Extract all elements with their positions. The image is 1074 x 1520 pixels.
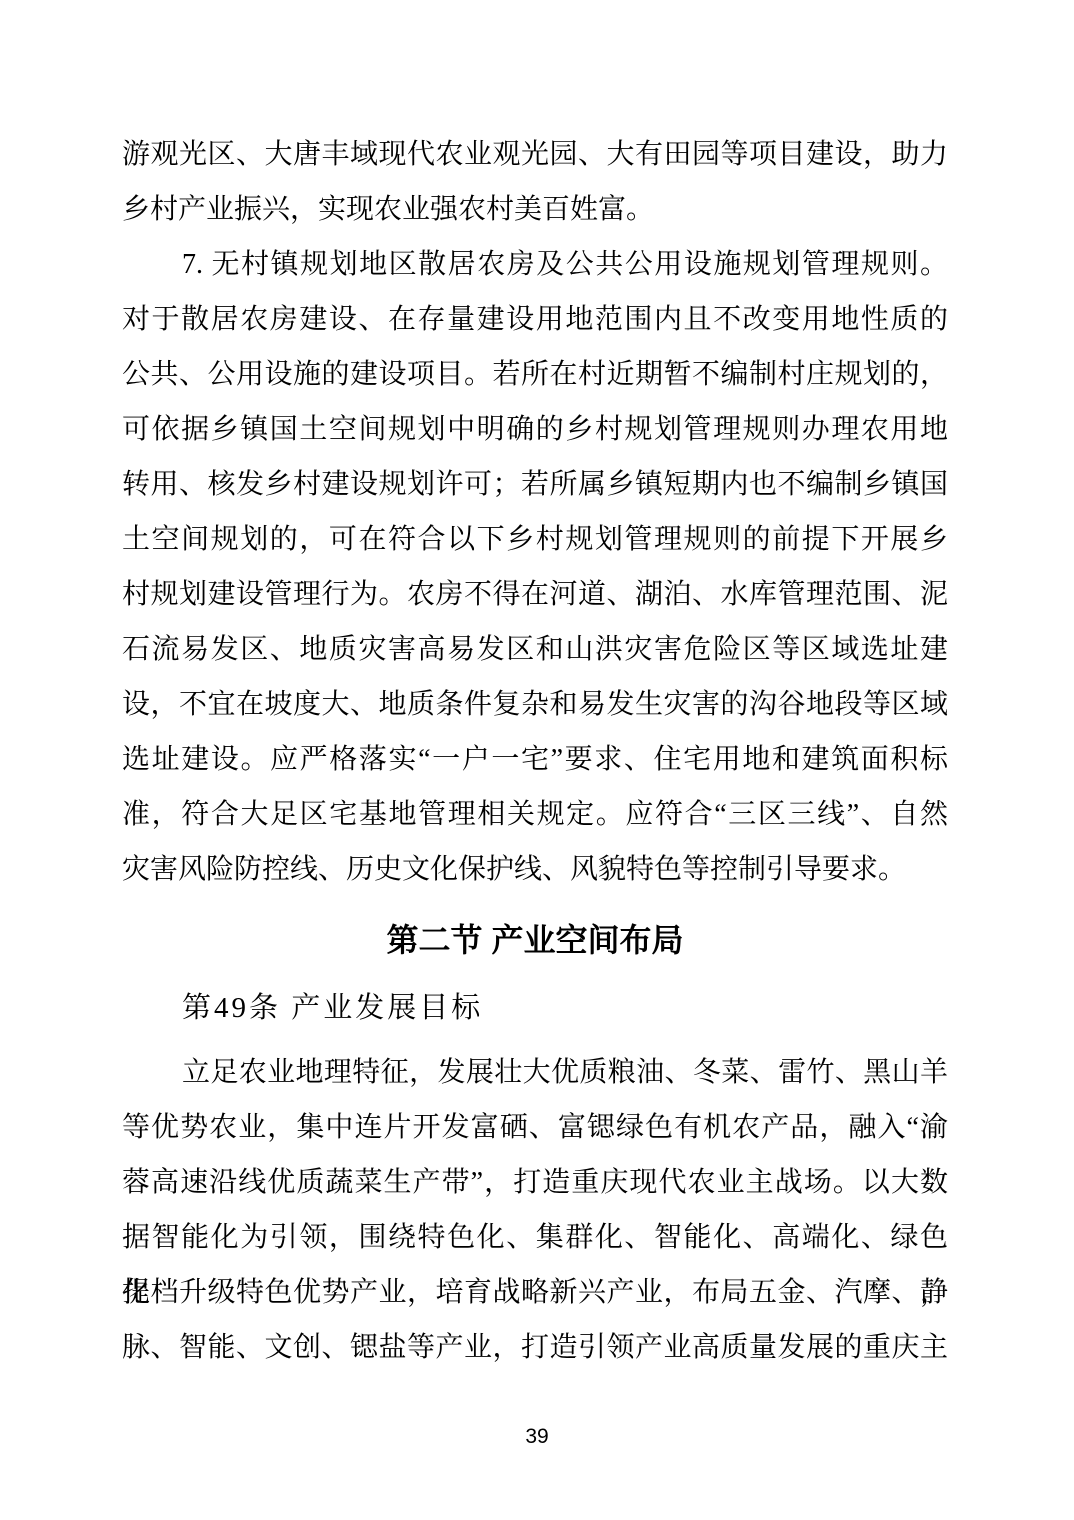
body-line: 7. 无村镇规划地区散居农房及公共公用设施规划管理规则。 bbox=[122, 237, 948, 292]
body-line: 石流易发区、地质灾害高易发区和山洪灾害危险区等区域选址建 bbox=[122, 622, 948, 677]
body-line: 灾害风险防控线、历史文化保护线、风貌特色等控制引导要求。 bbox=[122, 842, 948, 897]
body-line: 对于散居农房建设、在存量建设用地范围内且不改变用地性质的 bbox=[122, 292, 948, 347]
body-line: 可依据乡镇国土空间规划中明确的乡村规划管理规则办理农用地 bbox=[122, 402, 948, 457]
body-line: 设，不宜在坡度大、地质条件复杂和易发生灾害的沟谷地段等区域 bbox=[122, 677, 948, 732]
article-heading: 第49条 产业发展目标 bbox=[122, 981, 948, 1036]
body-line: 公共、公用设施的建设项目。若所在村近期暂不编制村庄规划的， bbox=[122, 347, 948, 402]
body-line: 等优势农业，集中连片开发富硒、富锶绿色有机农产品，融入“渝 bbox=[122, 1100, 948, 1155]
body-line: 立足农业地理特征，发展壮大优质粮油、冬菜、雷竹、黑山羊 bbox=[122, 1045, 948, 1100]
body-line: 准，符合大足区宅基地管理相关规定。应符合“三区三线”、自然 bbox=[122, 787, 948, 842]
body-line: 村规划建设管理行为。农房不得在河道、湖泊、水库管理范围、泥 bbox=[122, 567, 948, 622]
body-line: 乡村产业振兴，实现农业强农村美百姓富。 bbox=[122, 182, 948, 237]
body-line: 蓉高速沿线优质蔬菜生产带”，打造重庆现代农业主战场。以大数 bbox=[122, 1155, 948, 1210]
body-line: 据智能化为引领，围绕特色化、集群化、智能化、高端化、绿色化， bbox=[122, 1210, 948, 1265]
body-line: 提档升级特色优势产业，培育战略新兴产业，布局五金、汽摩、静 bbox=[122, 1265, 948, 1320]
body-line: 脉、智能、文创、锶盐等产业，打造引领产业高质量发展的重庆主 bbox=[122, 1320, 948, 1375]
page-number: 39 bbox=[0, 1422, 1074, 1452]
body-line: 土空间规划的，可在符合以下乡村规划管理规则的前提下开展乡 bbox=[122, 512, 948, 567]
body-line: 游观光区、大唐丰域现代农业观光园、大有田园等项目建设，助力 bbox=[122, 127, 948, 182]
body-line: 选址建设。应严格落实“一户一宅”要求、住宅用地和建筑面积标 bbox=[122, 732, 948, 787]
document-page: 游观光区、大唐丰域现代农业观光园、大有田园等项目建设，助力乡村产业振兴，实现农业… bbox=[0, 0, 1074, 1520]
section-heading: 第二节 产业空间布局 bbox=[122, 913, 948, 968]
body-line: 转用、核发乡村建设规划许可；若所属乡镇短期内也不编制乡镇国 bbox=[122, 457, 948, 512]
document-body: 游观光区、大唐丰域现代农业观光园、大有田园等项目建设，助力乡村产业振兴，实现农业… bbox=[122, 127, 948, 1375]
